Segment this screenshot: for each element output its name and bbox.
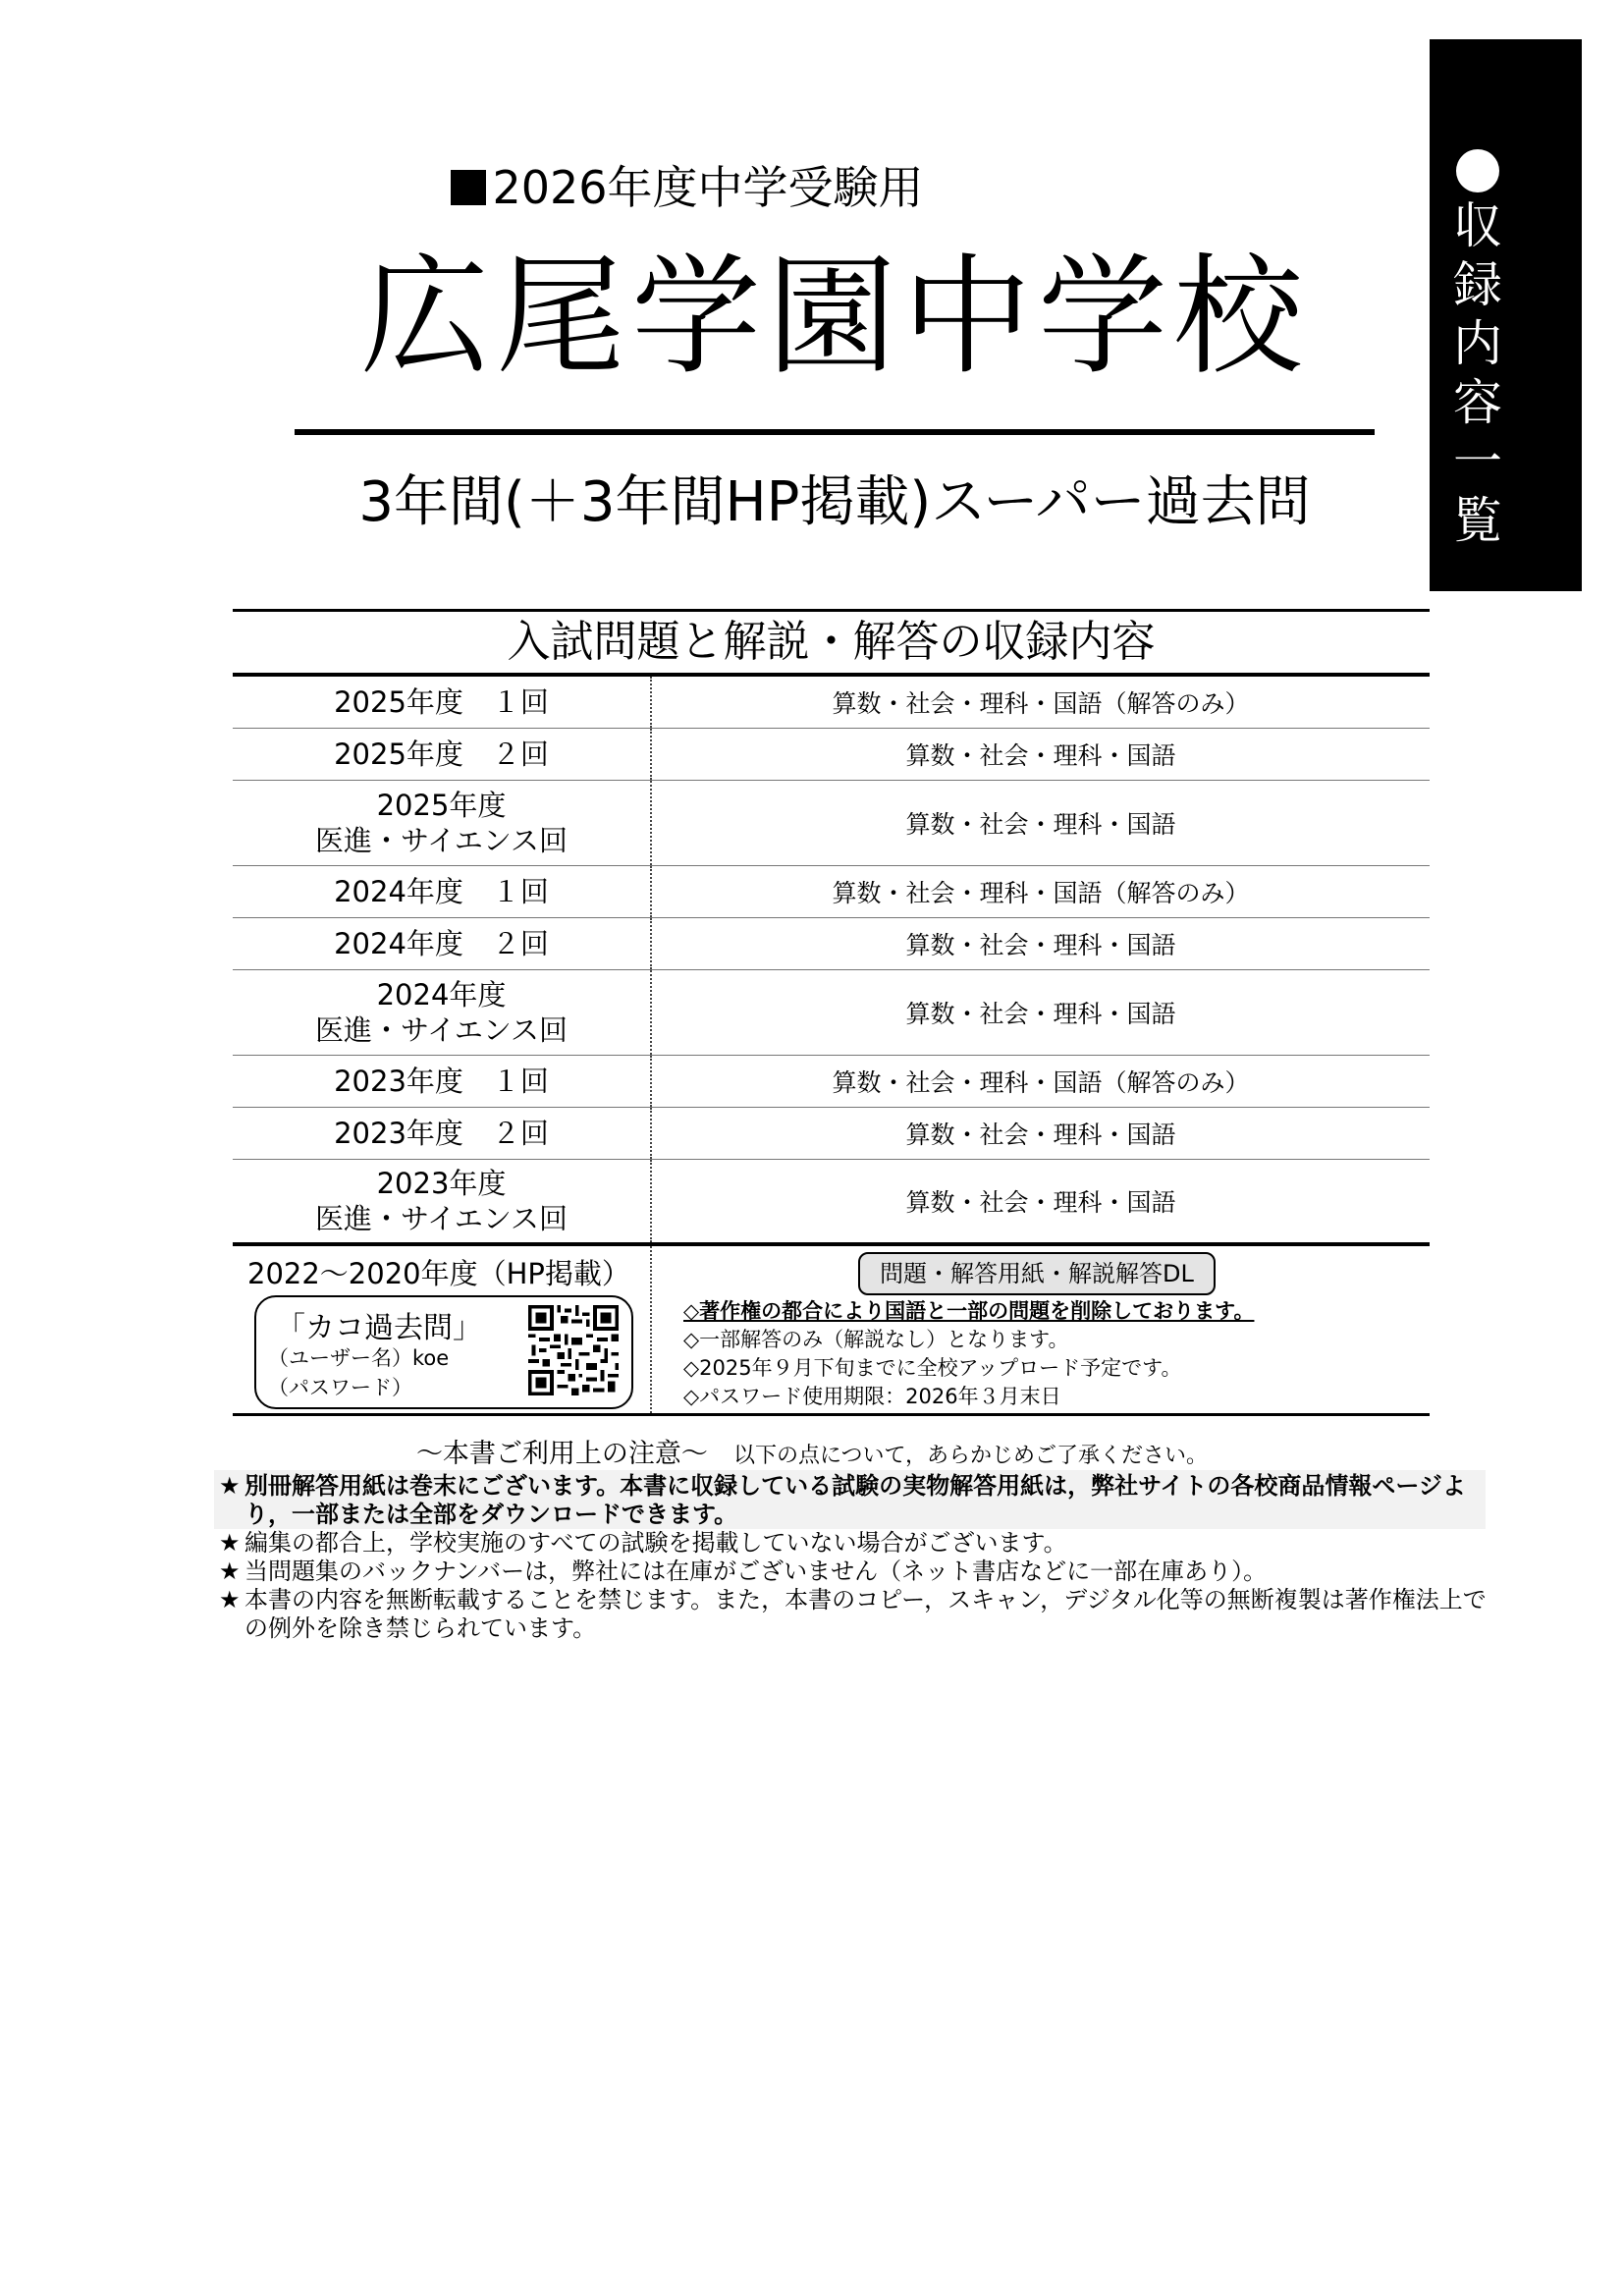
exam-cell: 2023年度 ２回	[233, 1108, 652, 1159]
exam-cell: 2025年度 １回	[233, 677, 652, 728]
subjects-cell: 算数・社会・理科・国語	[652, 970, 1430, 1055]
upload-schedule-note: ◇2025年９月下旬までに全校アップロード予定です。	[683, 1354, 1254, 1383]
hp-notes: ◇著作権の都合により国語と一部の問題を削除しております。 ◇一部解答のみ（解説な…	[683, 1297, 1254, 1411]
qr-code-icon[interactable]	[528, 1305, 619, 1395]
exam-cell: 2025年度医進・サイエンス回	[233, 781, 652, 865]
hp-download-cell: 問題・解答用紙・解説解答DL ◇著作権の都合により国語と一部の問題を削除しており…	[652, 1246, 1430, 1413]
black-square-icon	[451, 170, 486, 205]
notice-item: ★当問題集のバックナンバーは，弊社には在庫がございません（ネット書店などに一部在…	[219, 1558, 1495, 1586]
exam-cell: 2024年度 ２回	[233, 918, 652, 969]
exam-label: 2024年度	[233, 977, 650, 1012]
star-icon: ★	[219, 1472, 241, 1501]
side-tab-label: 収録内容一覧	[1447, 196, 1508, 550]
hp-years-label: 2022～2020年度（HP掲載）	[247, 1252, 630, 1292]
notice-text: 別冊解答用紙は巻末にございます。本書に収録している試験の実物解答用紙は，弊社サイ…	[244, 1472, 1466, 1528]
table-row: 2025年度 １回 算数・社会・理科・国語（解答のみ）	[233, 677, 1430, 729]
table-row: 2023年度 １回 算数・社会・理科・国語（解答のみ）	[233, 1056, 1430, 1108]
notice-item: ★本書の内容を無断転載することを禁じます。また，本書のコピー，スキャン，デジタル…	[219, 1586, 1495, 1643]
star-icon: ★	[219, 1529, 241, 1558]
table-heading: 入試問題と解説・解答の収録内容	[233, 612, 1430, 673]
exam-label: 2025年度 １回	[233, 684, 650, 720]
exam-label: 2024年度 １回	[233, 874, 650, 909]
password-expiry-note: ◇パスワード使用期限：2026年３月末日	[683, 1383, 1254, 1411]
edition-label: 2026年度中学受験用	[0, 152, 1375, 217]
edition-text: 2026年度中学受験用	[492, 161, 923, 214]
star-icon: ★	[219, 1586, 241, 1614]
download-button[interactable]: 問題・解答用紙・解説解答DL	[858, 1252, 1216, 1295]
school-name: 広尾学園中学校	[295, 244, 1375, 391]
notice-text: 当問題集のバックナンバーは，弊社には在庫がございません（ネット書店などに一部在庫…	[244, 1558, 1267, 1585]
book-title: 3年間(＋3年間HP掲載)スーパー過去問	[295, 464, 1375, 542]
exam-label: 2023年度 １回	[233, 1064, 650, 1099]
kako-login-box: 「カコ過去問」 （ユーザー名）koe （パスワード）	[254, 1295, 633, 1409]
exam-label: 2024年度 ２回	[233, 926, 650, 961]
contents-table: 入試問題と解説・解答の収録内容 2025年度 １回 算数・社会・理科・国語（解答…	[233, 609, 1430, 1416]
password-label: （パスワード）	[268, 1372, 412, 1401]
notice-text: 本書の内容を無断転載することを禁じます。また，本書のコピー，スキャン，デジタル化…	[244, 1586, 1487, 1642]
table-row: 2023年度 ２回 算数・社会・理科・国語	[233, 1108, 1430, 1160]
exam-cell: 2023年度医進・サイエンス回	[233, 1160, 652, 1242]
notice-item: ★別冊解答用紙は巻末にございます。本書に収録している試験の実物解答用紙は，弊社サ…	[219, 1472, 1495, 1529]
notice-item: ★編集の都合上，学校実施のすべての試験を掲載していない場合がございます。	[219, 1529, 1495, 1558]
subjects-cell: 算数・社会・理科・国語	[652, 1108, 1430, 1159]
subjects-cell: 算数・社会・理科・国語（解答のみ）	[652, 677, 1430, 728]
exam-label: 2025年度	[233, 788, 650, 823]
subjects-cell: 算数・社会・理科・国語	[652, 729, 1430, 780]
subjects-cell: 算数・社会・理科・国語（解答のみ）	[652, 866, 1430, 917]
notice-list: ★別冊解答用紙は巻末にございます。本書に収録している試験の実物解答用紙は，弊社サ…	[219, 1472, 1495, 1643]
table-bottom-rule	[233, 1413, 1430, 1416]
exam-sublabel: 医進・サイエンス回	[233, 1012, 650, 1048]
exam-cell: 2024年度 １回	[233, 866, 652, 917]
table-row: 2024年度 ２回 算数・社会・理科・国語	[233, 918, 1430, 970]
table-row: 2024年度医進・サイエンス回 算数・社会・理科・国語	[233, 970, 1430, 1056]
star-icon: ★	[219, 1558, 241, 1586]
copyright-note: ◇著作権の都合により国語と一部の問題を削除しております。	[683, 1297, 1254, 1326]
exam-cell: 2025年度 ２回	[233, 729, 652, 780]
notice-text: 編集の都合上，学校実施のすべての試験を掲載していない場合がございます。	[244, 1529, 1067, 1557]
usage-notes-heading: ～本書ご利用上の注意～以下の点について，あらかじめご了承ください。	[0, 1432, 1624, 1470]
title-divider	[295, 429, 1375, 435]
table-row: 2024年度 １回 算数・社会・理科・国語（解答のみ）	[233, 866, 1430, 918]
subjects-cell: 算数・社会・理科・国語	[652, 918, 1430, 969]
subjects-cell: 算数・社会・理科・国語（解答のみ）	[652, 1056, 1430, 1107]
username-label: （ユーザー名）koe	[268, 1342, 449, 1372]
table-row: 2025年度 ２回 算数・社会・理科・国語	[233, 729, 1430, 781]
partial-answer-note: ◇一部解答のみ（解説なし）となります。	[683, 1326, 1254, 1354]
exam-sublabel: 医進・サイエンス回	[233, 1201, 650, 1236]
exam-label: 2023年度	[233, 1166, 650, 1201]
subjects-cell: 算数・社会・理科・国語	[652, 1160, 1430, 1242]
hp-info-cell: 2022～2020年度（HP掲載） 「カコ過去問」 （ユーザー名）koe （パス…	[233, 1246, 652, 1413]
exam-cell: 2023年度 １回	[233, 1056, 652, 1107]
table-row: 2025年度医進・サイエンス回 算数・社会・理科・国語	[233, 781, 1430, 866]
usage-title: ～本書ご利用上の注意～	[416, 1439, 708, 1469]
hp-download-section: 2022～2020年度（HP掲載） 「カコ過去問」 （ユーザー名）koe （パス…	[233, 1246, 1430, 1413]
exam-label: 2025年度 ２回	[233, 737, 650, 772]
exam-label: 2023年度 ２回	[233, 1116, 650, 1151]
side-tab-contents-list: 収録内容一覧	[1430, 39, 1582, 591]
bullet-circle-icon	[1456, 149, 1499, 192]
exam-cell: 2024年度医進・サイエンス回	[233, 970, 652, 1055]
table-row: 2023年度医進・サイエンス回 算数・社会・理科・国語	[233, 1160, 1430, 1242]
exam-sublabel: 医進・サイエンス回	[233, 823, 650, 858]
kako-service-name: 「カコ過去問」	[276, 1303, 482, 1346]
subjects-cell: 算数・社会・理科・国語	[652, 781, 1430, 865]
usage-subtitle: 以下の点について，あらかじめご了承ください。	[733, 1444, 1208, 1468]
